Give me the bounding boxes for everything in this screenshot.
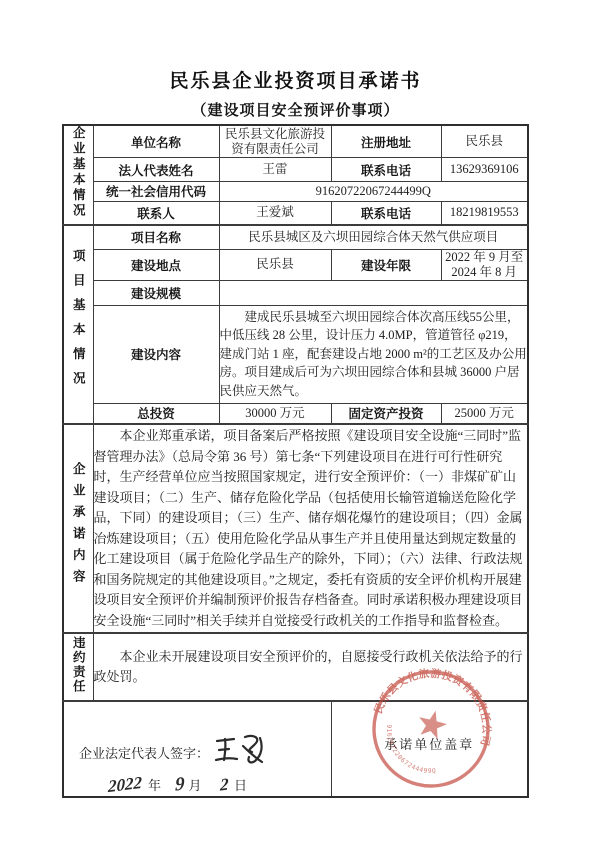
project-name-value: 民乐县城区及六坝田园综合体天然气供应项目 xyxy=(219,225,528,249)
contact-label: 联系人 xyxy=(93,201,219,225)
reg-address-label: 注册地址 xyxy=(331,125,441,158)
commitment-text: 本企业郑重承诺，项目备案后严格按照《建设项目安全设施“三同时”监督管理办法》（总… xyxy=(94,426,528,631)
location-value: 民乐县 xyxy=(219,249,331,280)
signature-date-line: 2022年9月2日 xyxy=(108,774,331,796)
phone1-label: 联系电话 xyxy=(331,158,441,182)
content-value: 建成民乐县城至六坝田园综合体次高压线55公里，中低压线 28 公里，设计压力 4… xyxy=(219,305,528,403)
reg-address-value: 民乐县 xyxy=(441,125,528,158)
scanned-document-page: 民乐县企业投资项目承诺书 （建设项目安全预评价事项） 企业基本情况 单位名称 民… xyxy=(0,0,591,845)
breach-text: 本企业未开展建设项目安全预评价的，自愿接受行政机关依法给予的行政处罚。 xyxy=(94,647,528,687)
section-enterprise-info: 企业基本情况 xyxy=(63,125,93,225)
phone1-value: 13629369106 xyxy=(441,158,528,182)
year-unit: 年 xyxy=(148,778,161,793)
unit-name-value: 民乐县文化旅游投资有限责任公司 xyxy=(219,125,331,158)
handwritten-day: 2 xyxy=(219,774,228,795)
phone2-label: 联系电话 xyxy=(331,201,441,225)
period-line2: 2024 年 8 月 xyxy=(442,265,528,280)
legal-rep-value: 王雷 xyxy=(219,158,331,182)
seal-caption: 承诺单位盖章 xyxy=(332,734,528,764)
legal-rep-label: 法人代表姓名 xyxy=(93,158,219,182)
sign-label: 企业法定代表人签字： xyxy=(79,746,209,761)
phone2-value: 18219819553 xyxy=(441,201,528,225)
handwritten-signature xyxy=(212,732,268,766)
section-enterprise-label: 企业基本情况 xyxy=(69,126,87,219)
period-label: 建设年限 xyxy=(331,249,441,280)
period-line1: 2022 年 9 月至 xyxy=(442,250,528,265)
document-title: 民乐县企业投资项目承诺书 xyxy=(0,66,591,93)
section-project-label: 项目基本情况 xyxy=(69,249,87,396)
breach-cell: 本企业未开展建设项目安全预评价的，自愿接受行政机关依法给予的行政处罚。 xyxy=(93,633,528,701)
handwritten-month: 9 xyxy=(175,773,185,796)
section-breach-label: 违约责任 xyxy=(69,636,87,694)
section-commitment-label: 企业承诺内容 xyxy=(69,462,87,591)
section-commitment: 企业承诺内容 xyxy=(63,424,93,633)
month-unit: 月 xyxy=(189,778,202,793)
contact-value: 王爱斌 xyxy=(219,201,331,225)
credit-code-label: 统一社会信用代码 xyxy=(93,181,219,201)
unit-name-label: 单位名称 xyxy=(93,125,219,158)
content-text: 建成民乐县城至六坝田园综合体次高压线55公里，中低压线 28 公里，设计压力 4… xyxy=(220,308,528,401)
scale-value xyxy=(219,280,528,305)
total-invest-label: 总投资 xyxy=(93,403,219,424)
signature-line: 企业法定代表人签字： xyxy=(79,732,331,766)
fixed-invest-label: 固定资产投资 xyxy=(331,403,441,424)
fixed-invest-value: 25000 万元 xyxy=(441,403,528,424)
commitment-form-table: 企业基本情况 单位名称 民乐县文化旅游投资有限责任公司 注册地址 民乐县 法人代… xyxy=(62,124,529,798)
project-name-label: 项目名称 xyxy=(93,225,219,249)
content-label: 建设内容 xyxy=(93,305,219,403)
document-subtitle: （建设项目安全预评价事项） xyxy=(0,99,591,120)
total-invest-value: 30000 万元 xyxy=(219,403,331,424)
scale-label: 建设规模 xyxy=(93,280,219,305)
section-breach: 违约责任 xyxy=(63,633,93,701)
section-project-info: 项目基本情况 xyxy=(63,225,93,424)
period-value: 2022 年 9 月至 2024 年 8 月 xyxy=(441,249,528,280)
seal-cell: 承诺单位盖章 xyxy=(331,701,528,797)
location-label: 建设地点 xyxy=(93,249,219,280)
day-unit: 日 xyxy=(234,778,247,793)
signature-cell: 企业法定代表人签字： 2022年9月2日 xyxy=(63,701,331,797)
commitment-cell: 本企业郑重承诺，项目备案后严格按照《建设项目安全设施“三同时”监督管理办法》（总… xyxy=(93,424,528,633)
handwritten-year: 2022 xyxy=(108,773,142,797)
credit-code-value: 91620722067244499Q xyxy=(219,181,528,201)
